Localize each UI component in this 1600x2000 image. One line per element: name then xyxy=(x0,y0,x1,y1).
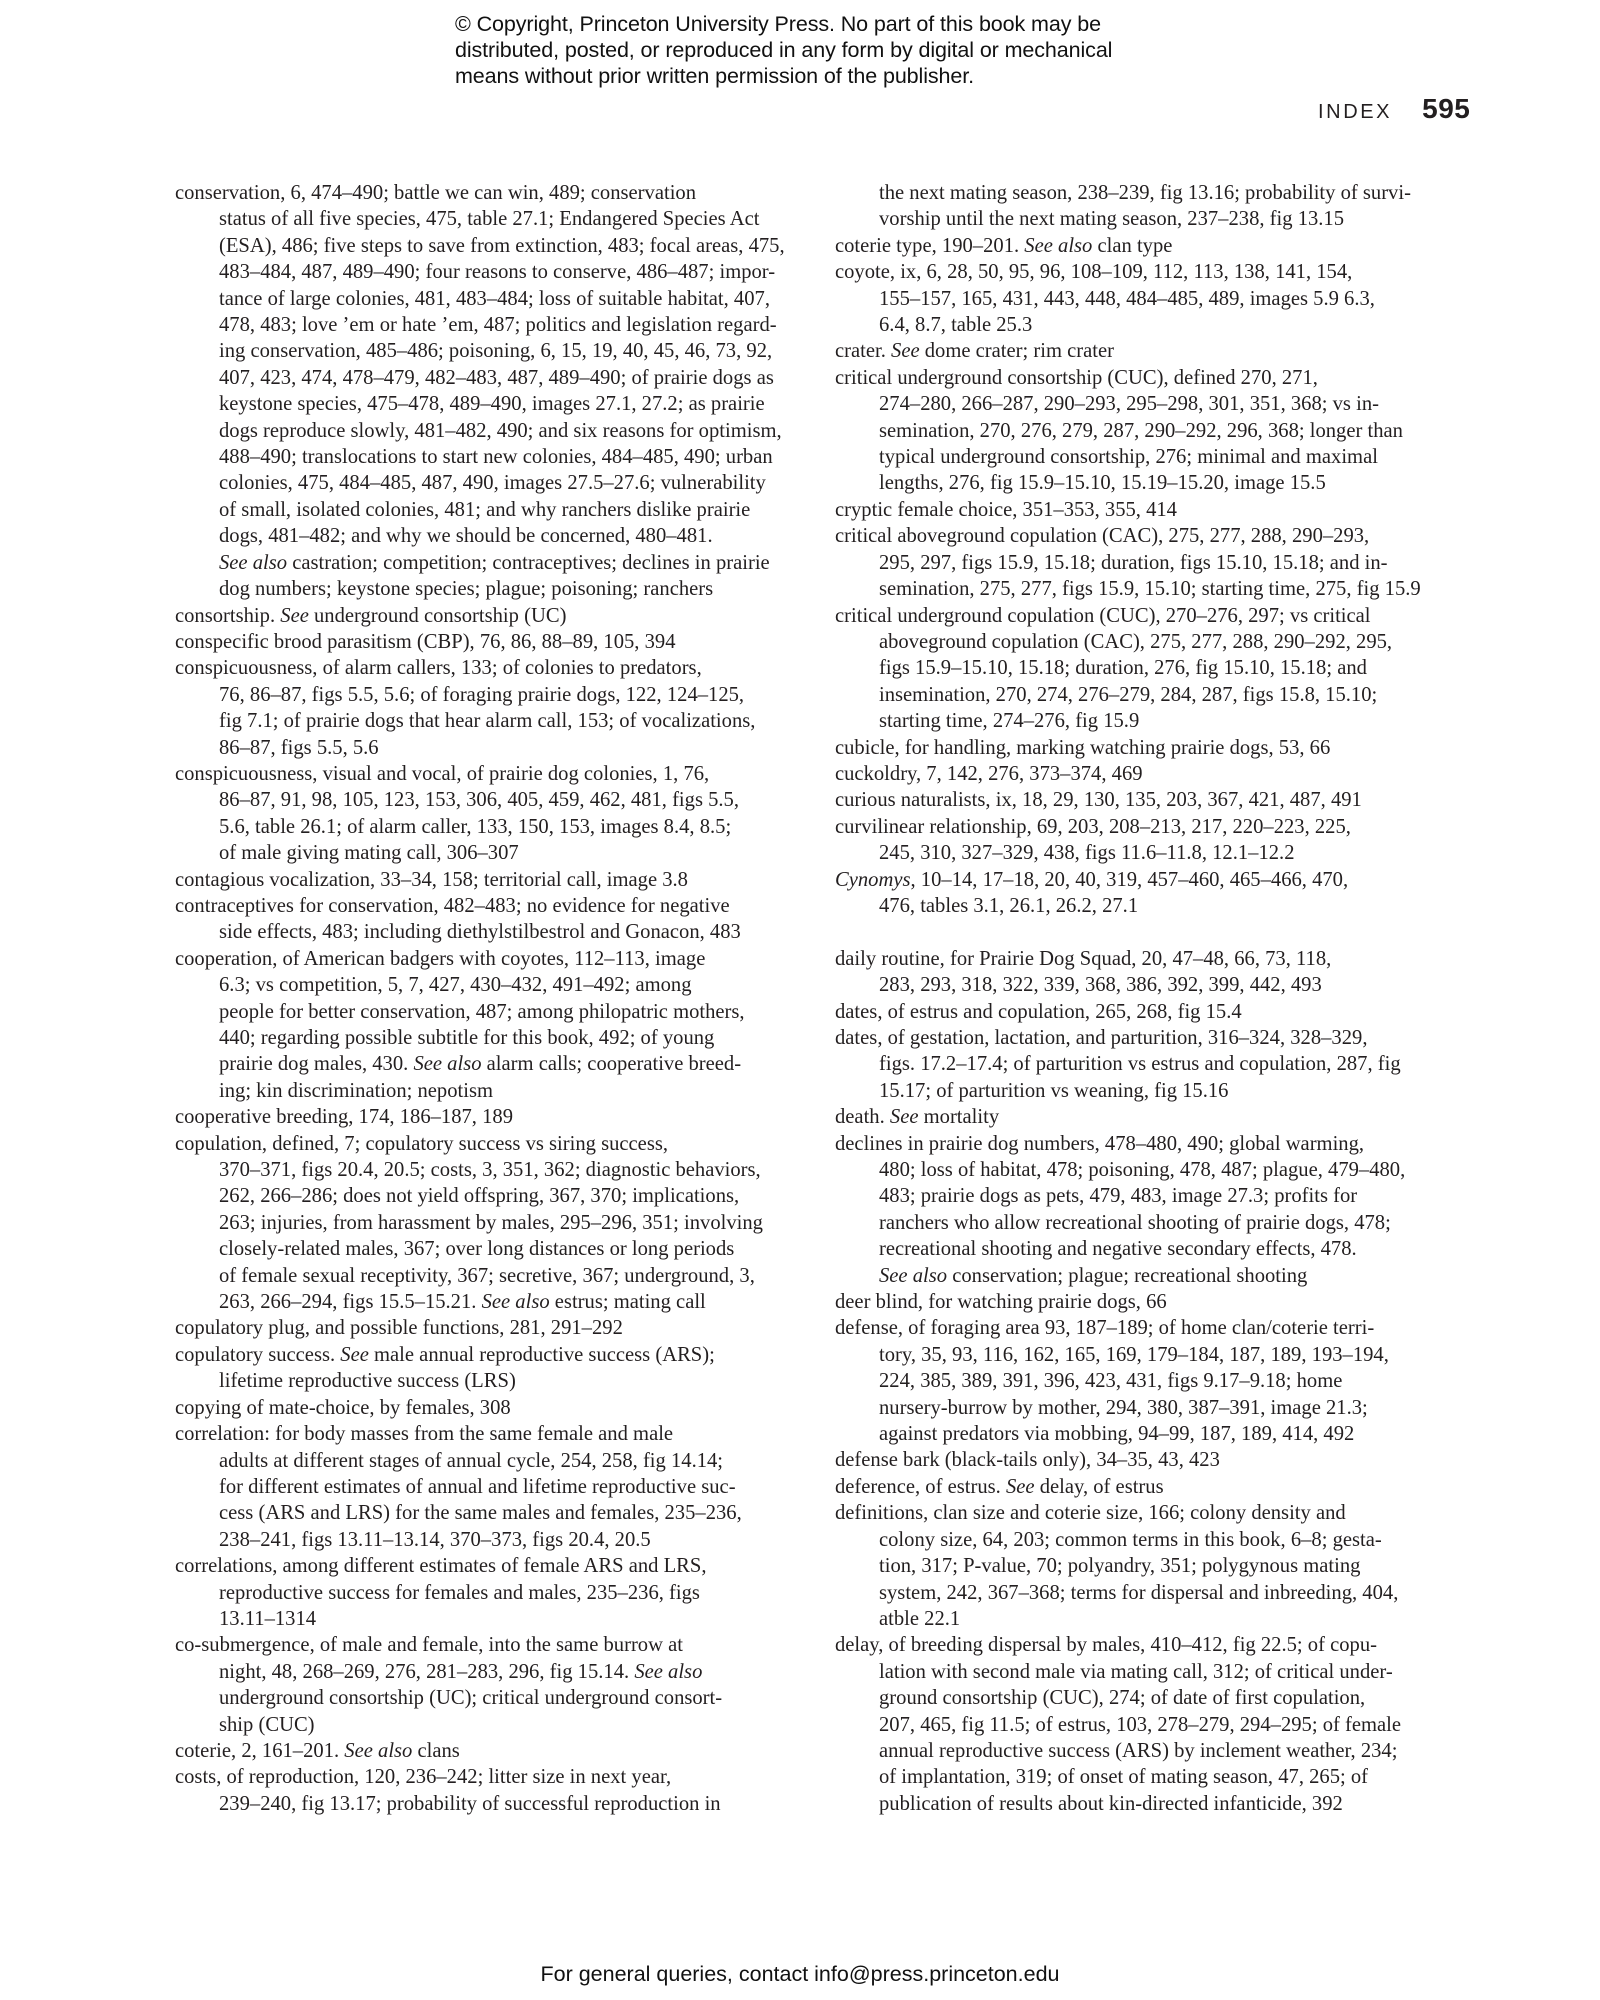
index-entry: coterie, 2, 161–201. See also clans xyxy=(175,1738,803,1764)
index-text: lation with second male via mating call,… xyxy=(879,1661,1393,1683)
copyright-line: © Copyright, Princeton University Press.… xyxy=(455,11,1215,37)
index-text: 6.4, 8.7, table 25.3 xyxy=(879,314,1032,336)
index-text: male annual reproductive success (ARS); xyxy=(369,1344,715,1366)
index-text: cess (ARS and LRS) for the same males an… xyxy=(219,1502,742,1524)
index-text: ranchers who allow recreational shooting… xyxy=(879,1212,1391,1234)
index-text: deference, of estrus. xyxy=(835,1476,1006,1498)
index-text: 407, 423, 474, 478–479, 482–483, 487, 48… xyxy=(219,367,774,389)
index-entry-line: nursery-burrow by mother, 294, 380, 387–… xyxy=(857,1395,1463,1421)
index-text: 283, 293, 318, 322, 339, 368, 386, 392, … xyxy=(879,974,1322,996)
index-text: tory, 35, 93, 116, 162, 165, 169, 179–18… xyxy=(879,1344,1389,1366)
index-text: defense bark (black-tails only), 34–35, … xyxy=(835,1449,1220,1471)
index-entry-line: semination, 275, 277, figs 15.9, 15.10; … xyxy=(857,576,1463,602)
index-entry-line: contraceptives for conservation, 482–483… xyxy=(175,893,803,919)
index-entry-line: 283, 293, 318, 322, 339, 368, 386, 392, … xyxy=(857,972,1463,998)
index-entry-line: dates, of gestation, lactation, and part… xyxy=(835,1025,1463,1051)
index-entry-line: keystone species, 475–478, 489–490, imag… xyxy=(197,391,803,417)
index-text: definitions, clan size and coterie size,… xyxy=(835,1502,1346,1524)
index-text: 155–157, 165, 431, 443, 448, 484–485, 48… xyxy=(879,288,1375,310)
index-text: tance of large colonies, 481, 483–484; l… xyxy=(219,288,770,310)
index-entry: defense bark (black-tails only), 34–35, … xyxy=(835,1447,1463,1473)
index-text: figs 15.9–15.10, 15.18; duration, 276, f… xyxy=(879,657,1367,679)
index-entry-line: cooperation, of American badgers with co… xyxy=(175,946,803,972)
index-entry: consortship. See underground consortship… xyxy=(175,603,803,629)
index-entry: cooperation, of American badgers with co… xyxy=(175,946,803,1104)
index-text: against predators via mobbing, 94–99, 18… xyxy=(879,1423,1354,1445)
index-text: 13.11–1314 xyxy=(219,1608,316,1630)
index-entry-line: annual reproductive success (ARS) by inc… xyxy=(857,1738,1463,1764)
index-text: 86–87, 91, 98, 105, 123, 153, 306, 405, … xyxy=(219,789,739,811)
index-text: 263; injuries, from harassment by males,… xyxy=(219,1212,763,1234)
index-text: dates, of estrus and copulation, 265, 26… xyxy=(835,1001,1242,1023)
index-entry-line: curvilinear relationship, 69, 203, 208–2… xyxy=(835,814,1463,840)
index-entry: death. See mortality xyxy=(835,1104,1463,1130)
index-entry-line: 207, 465, fig 11.5; of estrus, 103, 278–… xyxy=(857,1712,1463,1738)
index-entry: copulatory plug, and possible functions,… xyxy=(175,1315,803,1341)
index-entry-line: 86–87, 91, 98, 105, 123, 153, 306, 405, … xyxy=(197,787,803,813)
index-text: 207, 465, fig 11.5; of estrus, 103, 278–… xyxy=(879,1714,1401,1736)
index-text: recreational shooting and negative secon… xyxy=(879,1238,1357,1260)
index-entry-line: dates, of estrus and copulation, 265, 26… xyxy=(835,999,1463,1025)
index-text: prairie dog males, 430. xyxy=(219,1053,413,1075)
index-entry-line: publication of results about kin-directe… xyxy=(857,1791,1463,1817)
index-entry-line: 407, 423, 474, 478–479, 482–483, 487, 48… xyxy=(197,365,803,391)
index-entry-line: adults at different stages of annual cyc… xyxy=(197,1448,803,1474)
index-text: status of all five species, 475, table 2… xyxy=(219,208,759,230)
index-text: publication of results about kin-directe… xyxy=(879,1793,1343,1815)
index-entry: cubicle, for handling, marking watching … xyxy=(835,735,1463,761)
index-entry: co-submergence, of male and female, into… xyxy=(175,1632,803,1738)
index-text: copulatory plug, and possible functions,… xyxy=(175,1317,623,1339)
copyright-line: means without prior written permission o… xyxy=(455,63,1215,89)
index-text: 488–490; translocations to start new col… xyxy=(219,446,773,468)
cross-reference-label: See xyxy=(340,1344,369,1366)
index-text: conspicuousness, of alarm callers, 133; … xyxy=(175,657,702,679)
index-text: crater. xyxy=(835,340,891,362)
index-entry-line: cess (ARS and LRS) for the same males an… xyxy=(197,1500,803,1526)
index-text: conspicuousness, visual and vocal, of pr… xyxy=(175,763,709,785)
index-text: 224, 385, 389, 391, 396, 423, 431, figs … xyxy=(879,1370,1342,1392)
cross-reference-label: See xyxy=(1006,1476,1035,1498)
index-text: estrus; mating call xyxy=(550,1291,706,1313)
index-text: delay, of breeding dispersal by males, 4… xyxy=(835,1634,1377,1656)
index-text: 238–241, figs 13.11–13.14, 370–373, figs… xyxy=(219,1529,651,1551)
index-entry: conservation, 6, 474–490; battle we can … xyxy=(175,180,803,603)
cross-reference-label: See also xyxy=(879,1265,947,1287)
index-entry-line: 483–484, 487, 489–490; four reasons to c… xyxy=(197,259,803,285)
index-text: fig 7.1; of prairie dogs that hear alarm… xyxy=(219,710,755,732)
index-entry-line: cryptic female choice, 351–353, 355, 414 xyxy=(835,497,1463,523)
index-entry-line: 263, 266–294, figs 15.5–15.21. See also … xyxy=(197,1289,803,1315)
index-text: costs, of reproduction, 120, 236–242; li… xyxy=(175,1766,671,1788)
index-text: castration; competition; contraceptives;… xyxy=(287,552,770,574)
index-text: daily routine, for Prairie Dog Squad, 20… xyxy=(835,948,1331,970)
index-entry-line: reproductive success for females and mal… xyxy=(197,1580,803,1606)
index-text: reproductive success for females and mal… xyxy=(219,1582,700,1604)
index-text: dogs reproduce slowly, 481–482, 490; and… xyxy=(219,420,782,442)
index-entry-line: declines in prairie dog numbers, 478–480… xyxy=(835,1131,1463,1157)
index-entry-line: deference, of estrus. See delay, of estr… xyxy=(835,1474,1463,1500)
index-entry-line: typical underground consortship, 276; mi… xyxy=(857,444,1463,470)
index-text: (ESA), 486; five steps to save from exti… xyxy=(219,235,785,257)
index-entry: coterie type, 190–201. See also clan typ… xyxy=(835,233,1463,259)
index-text: ground consortship (CUC), 274; of date o… xyxy=(879,1687,1365,1709)
index-entry-line: coterie, 2, 161–201. See also clans xyxy=(175,1738,803,1764)
index-text: cuckoldry, 7, 142, 276, 373–374, 469 xyxy=(835,763,1143,785)
index-entry-line: critical aboveground copulation (CAC), 2… xyxy=(835,523,1463,549)
index-text: ship (CUC) xyxy=(219,1714,315,1736)
index-entry-line: colonies, 475, 484–485, 487, 490, images… xyxy=(197,470,803,496)
index-text: 263, 266–294, figs 15.5–15.21. xyxy=(219,1291,482,1313)
index-entry-line: See also castration; competition; contra… xyxy=(197,550,803,576)
index-text: clan type xyxy=(1092,235,1172,257)
index-text: starting time, 274–276, fig 15.9 xyxy=(879,710,1139,732)
index-entry: coyote, ix, 6, 28, 50, 95, 96, 108–109, … xyxy=(835,259,1463,338)
index-entry: cuckoldry, 7, 142, 276, 373–374, 469 xyxy=(835,761,1463,787)
copyright-line: distributed, posted, or reproduced in an… xyxy=(455,37,1215,63)
index-entry: costs, of reproduction, 120, 236–242; li… xyxy=(175,1764,803,1817)
index-text: annual reproductive success (ARS) by inc… xyxy=(879,1740,1397,1762)
index-entry-line: cooperative breeding, 174, 186–187, 189 xyxy=(175,1104,803,1130)
index-text: lifetime reproductive success (LRS) xyxy=(219,1370,516,1392)
footer-contact: For general queries, contact info@press.… xyxy=(0,1962,1600,1987)
index-entry-line: critical underground consortship (CUC), … xyxy=(835,365,1463,391)
index-text: death. xyxy=(835,1106,890,1128)
index-text: underground consortship (UC); critical u… xyxy=(219,1687,722,1709)
index-entry-line: tion, 317; P-value, 70; polyandry, 351; … xyxy=(857,1553,1463,1579)
index-text: insemination, 270, 274, 276–279, 284, 28… xyxy=(879,684,1377,706)
index-entry-line: 263; injuries, from harassment by males,… xyxy=(197,1210,803,1236)
index-text: of male giving mating call, 306–307 xyxy=(219,842,519,864)
index-entry-line: 239–240, fig 13.17; probability of succe… xyxy=(197,1791,803,1817)
index-text: dates, of gestation, lactation, and part… xyxy=(835,1027,1367,1049)
index-text: cooperation, of American badgers with co… xyxy=(175,948,705,970)
index-text: night, 48, 268–269, 276, 281–283, 296, f… xyxy=(219,1661,634,1683)
index-text: the next mating season, 238–239, fig 13.… xyxy=(879,182,1411,204)
index-entry-line: night, 48, 268–269, 276, 281–283, 296, f… xyxy=(197,1659,803,1685)
index-entry-line: costs, of reproduction, 120, 236–242; li… xyxy=(175,1764,803,1790)
index-entry-line: 440; regarding possible subtitle for thi… xyxy=(197,1025,803,1051)
index-text: dome crater; rim crater xyxy=(920,340,1114,362)
index-entry: cooperative breeding, 174, 186–187, 189 xyxy=(175,1104,803,1130)
index-entry: declines in prairie dog numbers, 478–480… xyxy=(835,1131,1463,1289)
index-entry: correlations, among different estimates … xyxy=(175,1553,803,1632)
index-text: 76, 86–87, figs 5.5, 5.6; of foraging pr… xyxy=(219,684,744,706)
index-entry-line: coyote, ix, 6, 28, 50, 95, 96, 108–109, … xyxy=(835,259,1463,285)
index-text: ing conservation, 485–486; poisoning, 6,… xyxy=(219,340,772,362)
index-text: of implantation, 319; of onset of mating… xyxy=(879,1766,1368,1788)
index-text: keystone species, 475–478, 489–490, imag… xyxy=(219,393,765,415)
index-text: cubicle, for handling, marking watching … xyxy=(835,737,1330,759)
index-entry: Cynomys, 10–14, 17–18, 20, 40, 319, 457–… xyxy=(835,867,1463,920)
index-text: atble 22.1 xyxy=(879,1608,960,1630)
index-entry-line: insemination, 270, 274, 276–279, 284, 28… xyxy=(857,682,1463,708)
index-text: side effects, 483; including diethylstil… xyxy=(219,921,741,943)
index-entry-line: conspicuousness, visual and vocal, of pr… xyxy=(175,761,803,787)
index-entry-line: system, 242, 367–368; terms for dispersa… xyxy=(857,1580,1463,1606)
index-entry: copulatory success. See male annual repr… xyxy=(175,1342,803,1395)
index-text: alarm calls; cooperative breed- xyxy=(482,1053,742,1075)
cross-reference-label: See also xyxy=(482,1291,550,1313)
index-text: semination, 270, 276, 279, 287, 290–292,… xyxy=(879,420,1403,442)
index-entry-line: side effects, 483; including diethylstil… xyxy=(197,919,803,945)
index-entry-line: 295, 297, figs 15.9, 15.18; duration, fi… xyxy=(857,550,1463,576)
index-entry-line: 86–87, figs 5.5, 5.6 xyxy=(197,735,803,761)
index-entry: defense, of foraging area 93, 187–189; o… xyxy=(835,1315,1463,1447)
index-entry-line: correlations, among different estimates … xyxy=(175,1553,803,1579)
index-entry-line: 476, tables 3.1, 26.1, 26.2, 27.1 xyxy=(857,893,1463,919)
index-entry-line: recreational shooting and negative secon… xyxy=(857,1236,1463,1262)
index-entry: the next mating season, 238–239, fig 13.… xyxy=(835,180,1463,233)
index-text: 370–371, figs 20.4, 20.5; costs, 3, 351,… xyxy=(219,1159,761,1181)
index-text: semination, 275, 277, figs 15.9, 15.10; … xyxy=(879,578,1421,600)
index-entry: contraceptives for conservation, 482–483… xyxy=(175,893,803,946)
index-entry-line: 488–490; translocations to start new col… xyxy=(197,444,803,470)
index-text: 6.3; vs competition, 5, 7, 427, 430–432,… xyxy=(219,974,692,996)
index-entry-line: starting time, 274–276, fig 15.9 xyxy=(857,708,1463,734)
index-text: conservation, 6, 474–490; battle we can … xyxy=(175,182,696,204)
index-text: tion, 317; P-value, 70; polyandry, 351; … xyxy=(879,1555,1360,1577)
index-entry-line: 478, 483; love ’em or hate ’em, 487; pol… xyxy=(197,312,803,338)
index-entry-line: 274–280, 266–287, 290–293, 295–298, 301,… xyxy=(857,391,1463,417)
index-entry-line: semination, 270, 276, 279, 287, 290–292,… xyxy=(857,418,1463,444)
index-text: copulatory success. xyxy=(175,1344,340,1366)
index-text: curvilinear relationship, 69, 203, 208–2… xyxy=(835,816,1351,838)
cross-reference-label: See also xyxy=(344,1740,412,1762)
index-entry-line: curious naturalists, ix, 18, 29, 130, 13… xyxy=(835,787,1463,813)
index-entry: definitions, clan size and coterie size,… xyxy=(835,1500,1463,1632)
index-text: 440; regarding possible subtitle for thi… xyxy=(219,1027,714,1049)
index-entry-line: lengths, 276, fig 15.9–15.10, 15.19–15.2… xyxy=(857,470,1463,496)
index-text: colonies, 475, 484–485, 487, 490, images… xyxy=(219,472,766,494)
index-text: coyote, ix, 6, 28, 50, 95, 96, 108–109, … xyxy=(835,261,1352,283)
index-entry-line: 245, 310, 327–329, 438, figs 11.6–11.8, … xyxy=(857,840,1463,866)
index-text: coterie, 2, 161–201. xyxy=(175,1740,344,1762)
index-text: typical underground consortship, 276; mi… xyxy=(879,446,1378,468)
cross-reference-label: See also xyxy=(1024,235,1092,257)
index-entry: curious naturalists, ix, 18, 29, 130, 13… xyxy=(835,787,1463,813)
index-text: colony size, 64, 203; common terms in th… xyxy=(879,1529,1382,1551)
index-entry-line: dog numbers; keystone species; plague; p… xyxy=(197,576,803,602)
index-entry-line: aboveground copulation (CAC), 275, 277, … xyxy=(857,629,1463,655)
index-entry: dates, of estrus and copulation, 265, 26… xyxy=(835,999,1463,1025)
index-entry-line: coterie type, 190–201. See also clan typ… xyxy=(835,233,1463,259)
index-text: critical underground copulation (CUC), 2… xyxy=(835,605,1371,627)
cross-reference-label: See also xyxy=(413,1053,481,1075)
index-entry: copying of mate-choice, by females, 308 xyxy=(175,1395,803,1421)
index-entry: copulation, defined, 7; copulatory succe… xyxy=(175,1131,803,1316)
section-label: INDEX xyxy=(1318,101,1392,124)
index-text: 15.17; of parturition vs weaning, fig 15… xyxy=(879,1080,1228,1102)
index-text: contraceptives for conservation, 482–483… xyxy=(175,895,730,917)
index-entry-line: 5.6, table 26.1; of alarm caller, 133, 1… xyxy=(197,814,803,840)
index-text: dog numbers; keystone species; plague; p… xyxy=(219,578,713,600)
index-text: nursery-burrow by mother, 294, 380, 387–… xyxy=(879,1397,1368,1419)
index-entry-line: 483; prairie dogs as pets, 479, 483, ima… xyxy=(857,1183,1463,1209)
index-text: vorship until the next mating season, 23… xyxy=(879,208,1344,230)
index-text: people for better conservation, 487; amo… xyxy=(219,1001,745,1023)
index-entry-line: lation with second male via mating call,… xyxy=(857,1659,1463,1685)
index-entry-line: closely-related males, 367; over long di… xyxy=(197,1236,803,1262)
index-entry-line: 238–241, figs 13.11–13.14, 370–373, figs… xyxy=(197,1527,803,1553)
index-entry: correlation: for body masses from the sa… xyxy=(175,1421,803,1553)
index-entry-line: people for better conservation, 487; amo… xyxy=(197,999,803,1025)
page-number: 595 xyxy=(1422,93,1470,125)
index-text: critical aboveground copulation (CAC), 2… xyxy=(835,525,1369,547)
index-text: 483; prairie dogs as pets, 479, 483, ima… xyxy=(879,1185,1357,1207)
index-entry-line: 6.3; vs competition, 5, 7, 427, 430–432,… xyxy=(197,972,803,998)
index-entry-line: prairie dog males, 430. See also alarm c… xyxy=(197,1051,803,1077)
index-text: co-submergence, of male and female, into… xyxy=(175,1634,683,1656)
cross-reference-label: See xyxy=(891,340,920,362)
index-entry-line: figs. 17.2–17.4; of parturition vs estru… xyxy=(857,1051,1463,1077)
index-entry-line: See also conservation; plague; recreatio… xyxy=(857,1263,1463,1289)
index-text: copying of mate-choice, by females, 308 xyxy=(175,1397,511,1419)
index-entry-line: delay, of breeding dispersal by males, 4… xyxy=(835,1632,1463,1658)
index-entry-line: fig 7.1; of prairie dogs that hear alarm… xyxy=(197,708,803,734)
index-entry-line: 6.4, 8.7, table 25.3 xyxy=(857,312,1463,338)
index-entry-line: underground consortship (UC); critical u… xyxy=(197,1685,803,1711)
index-column-right: the next mating season, 238–239, fig 13.… xyxy=(835,180,1463,1817)
cross-reference-label: Cynomys xyxy=(835,869,911,891)
index-entry-line: dogs, 481–482; and why we should be conc… xyxy=(197,523,803,549)
index-entry: contagious vocalization, 33–34, 158; ter… xyxy=(175,867,803,893)
index-entry-line: of small, isolated colonies, 481; and wh… xyxy=(197,497,803,523)
index-entry-line: cubicle, for handling, marking watching … xyxy=(835,735,1463,761)
index-text: for different estimates of annual and li… xyxy=(219,1476,736,1498)
index-entry-line: ing; kin discrimination; nepotism xyxy=(197,1078,803,1104)
index-entry: crater. See dome crater; rim crater xyxy=(835,338,1463,364)
index-text: coterie type, 190–201. xyxy=(835,235,1024,257)
index-text: closely-related males, 367; over long di… xyxy=(219,1238,734,1260)
index-entry-line: definitions, clan size and coterie size,… xyxy=(835,1500,1463,1526)
index-entry-line: of female sexual receptivity, 367; secre… xyxy=(197,1263,803,1289)
index-entry-line: 224, 385, 389, 391, 396, 423, 431, figs … xyxy=(857,1368,1463,1394)
index-text: 5.6, table 26.1; of alarm caller, 133, 1… xyxy=(219,816,731,838)
index-entry-line: copulation, defined, 7; copulatory succe… xyxy=(175,1131,803,1157)
cross-reference-label: See xyxy=(280,605,309,627)
index-column-left: conservation, 6, 474–490; battle we can … xyxy=(175,180,803,1817)
index-entry-line: status of all five species, 475, table 2… xyxy=(197,206,803,232)
index-text: aboveground copulation (CAC), 275, 277, … xyxy=(879,631,1392,653)
index-entry-line: deer blind, for watching prairie dogs, 6… xyxy=(835,1289,1463,1315)
index-entry-line: of implantation, 319; of onset of mating… xyxy=(857,1764,1463,1790)
index-text: mortality xyxy=(918,1106,999,1128)
index-entry: deference, of estrus. See delay, of estr… xyxy=(835,1474,1463,1500)
index-entry-line: critical underground copulation (CUC), 2… xyxy=(835,603,1463,629)
index-entry-line: 262, 266–286; does not yield offspring, … xyxy=(197,1183,803,1209)
index-entry-line: for different estimates of annual and li… xyxy=(197,1474,803,1500)
index-entry: conspicuousness, of alarm callers, 133; … xyxy=(175,655,803,761)
index-entry-line: the next mating season, 238–239, fig 13.… xyxy=(857,180,1463,206)
index-text: 274–280, 266–287, 290–293, 295–298, 301,… xyxy=(879,393,1379,415)
index-entry-line: conspicuousness, of alarm callers, 133; … xyxy=(175,655,803,681)
copyright-notice: © Copyright, Princeton University Press.… xyxy=(455,11,1215,89)
index-text: 86–87, figs 5.5, 5.6 xyxy=(219,737,379,759)
index-text: adults at different stages of annual cyc… xyxy=(219,1450,723,1472)
index-entry-line: 155–157, 165, 431, 443, 448, 484–485, 48… xyxy=(857,286,1463,312)
index-entry: delay, of breeding dispersal by males, 4… xyxy=(835,1632,1463,1817)
index-text: correlation: for body masses from the sa… xyxy=(175,1423,673,1445)
index-entry-line: ground consortship (CUC), 274; of date o… xyxy=(857,1685,1463,1711)
index-entry-line: tance of large colonies, 481, 483–484; l… xyxy=(197,286,803,312)
index-entry-line: 13.11–1314 xyxy=(197,1606,803,1632)
index-entry-line: daily routine, for Prairie Dog Squad, 20… xyxy=(835,946,1463,972)
index-text: contagious vocalization, 33–34, 158; ter… xyxy=(175,869,688,891)
index-entry: conspicuousness, visual and vocal, of pr… xyxy=(175,761,803,867)
index-text: consortship. xyxy=(175,605,280,627)
index-entry-line: ing conservation, 485–486; poisoning, 6,… xyxy=(197,338,803,364)
index-text: 480; loss of habitat, 478; poisoning, 47… xyxy=(879,1159,1405,1181)
cross-reference-label: See xyxy=(890,1106,919,1128)
index-entry-line: copying of mate-choice, by females, 308 xyxy=(175,1395,803,1421)
index-text: correlations, among different estimates … xyxy=(175,1555,707,1577)
index-text: delay, of estrus xyxy=(1035,1476,1164,1498)
index-entry-line: vorship until the next mating season, 23… xyxy=(857,206,1463,232)
index-entry-line: ranchers who allow recreational shooting… xyxy=(857,1210,1463,1236)
index-entry: daily routine, for Prairie Dog Squad, 20… xyxy=(835,946,1463,999)
index-entry-line: crater. See dome crater; rim crater xyxy=(835,338,1463,364)
index-entry-line: conservation, 6, 474–490; battle we can … xyxy=(175,180,803,206)
index-text: 262, 266–286; does not yield offspring, … xyxy=(219,1185,739,1207)
index-entry: critical underground consortship (CUC), … xyxy=(835,365,1463,497)
index-entry-line: copulatory plug, and possible functions,… xyxy=(175,1315,803,1341)
index-entry: critical aboveground copulation (CAC), 2… xyxy=(835,523,1463,602)
index-text: conservation; plague; recreational shoot… xyxy=(947,1265,1307,1287)
index-text: 295, 297, figs 15.9, 15.18; duration, fi… xyxy=(879,552,1388,574)
index-entry-line: against predators via mobbing, 94–99, 18… xyxy=(857,1421,1463,1447)
index-text: cooperative breeding, 174, 186–187, 189 xyxy=(175,1106,513,1128)
running-head: INDEX 595 xyxy=(1318,93,1470,125)
index-entry: dates, of gestation, lactation, and part… xyxy=(835,1025,1463,1104)
index-entry-line: 15.17; of parturition vs weaning, fig 15… xyxy=(857,1078,1463,1104)
index-entry-line: conspecific brood parasitism (CBP), 76, … xyxy=(175,629,803,655)
index-text: of female sexual receptivity, 367; secre… xyxy=(219,1265,755,1287)
index-text: curious naturalists, ix, 18, 29, 130, 13… xyxy=(835,789,1362,811)
index-entry-line: ship (CUC) xyxy=(197,1712,803,1738)
index-entry-line: (ESA), 486; five steps to save from exti… xyxy=(197,233,803,259)
cross-reference-label: See also xyxy=(634,1661,702,1683)
index-text: lengths, 276, fig 15.9–15.10, 15.19–15.2… xyxy=(879,472,1326,494)
index-entry-line: colony size, 64, 203; common terms in th… xyxy=(857,1527,1463,1553)
index-text: clans xyxy=(412,1740,459,1762)
index-entry-line: contagious vocalization, 33–34, 158; ter… xyxy=(175,867,803,893)
index-text: of small, isolated colonies, 481; and wh… xyxy=(219,499,750,521)
index-entry-line: correlation: for body masses from the sa… xyxy=(175,1421,803,1447)
index-entry-line: cuckoldry, 7, 142, 276, 373–374, 469 xyxy=(835,761,1463,787)
index-text: figs. 17.2–17.4; of parturition vs estru… xyxy=(879,1053,1401,1075)
index-text: , 10–14, 17–18, 20, 40, 319, 457–460, 46… xyxy=(911,869,1349,891)
index-entry: deer blind, for watching prairie dogs, 6… xyxy=(835,1289,1463,1315)
index-text: ing; kin discrimination; nepotism xyxy=(219,1080,493,1102)
index-entry-line: death. See mortality xyxy=(835,1104,1463,1130)
index-text: 478, 483; love ’em or hate ’em, 487; pol… xyxy=(219,314,777,336)
cross-reference-label: See also xyxy=(219,552,287,574)
index-entry-line: lifetime reproductive success (LRS) xyxy=(197,1368,803,1394)
index-text: dogs, 481–482; and why we should be conc… xyxy=(219,525,713,547)
index-text: 239–240, fig 13.17; probability of succe… xyxy=(219,1793,721,1815)
index-text: 245, 310, 327–329, 438, figs 11.6–11.8, … xyxy=(879,842,1295,864)
index-entry-line: figs 15.9–15.10, 15.18; duration, 276, f… xyxy=(857,655,1463,681)
index-entry-line: Cynomys, 10–14, 17–18, 20, 40, 319, 457–… xyxy=(835,867,1463,893)
index-text: 483–484, 487, 489–490; four reasons to c… xyxy=(219,261,775,283)
index-entry-line: dogs reproduce slowly, 481–482, 490; and… xyxy=(197,418,803,444)
index-text: 476, tables 3.1, 26.1, 26.2, 27.1 xyxy=(879,895,1138,917)
index-entry-line: atble 22.1 xyxy=(857,1606,1463,1632)
index-entry-line: co-submergence, of male and female, into… xyxy=(175,1632,803,1658)
index-text: defense, of foraging area 93, 187–189; o… xyxy=(835,1317,1374,1339)
index-entry-line: 480; loss of habitat, 478; poisoning, 47… xyxy=(857,1157,1463,1183)
